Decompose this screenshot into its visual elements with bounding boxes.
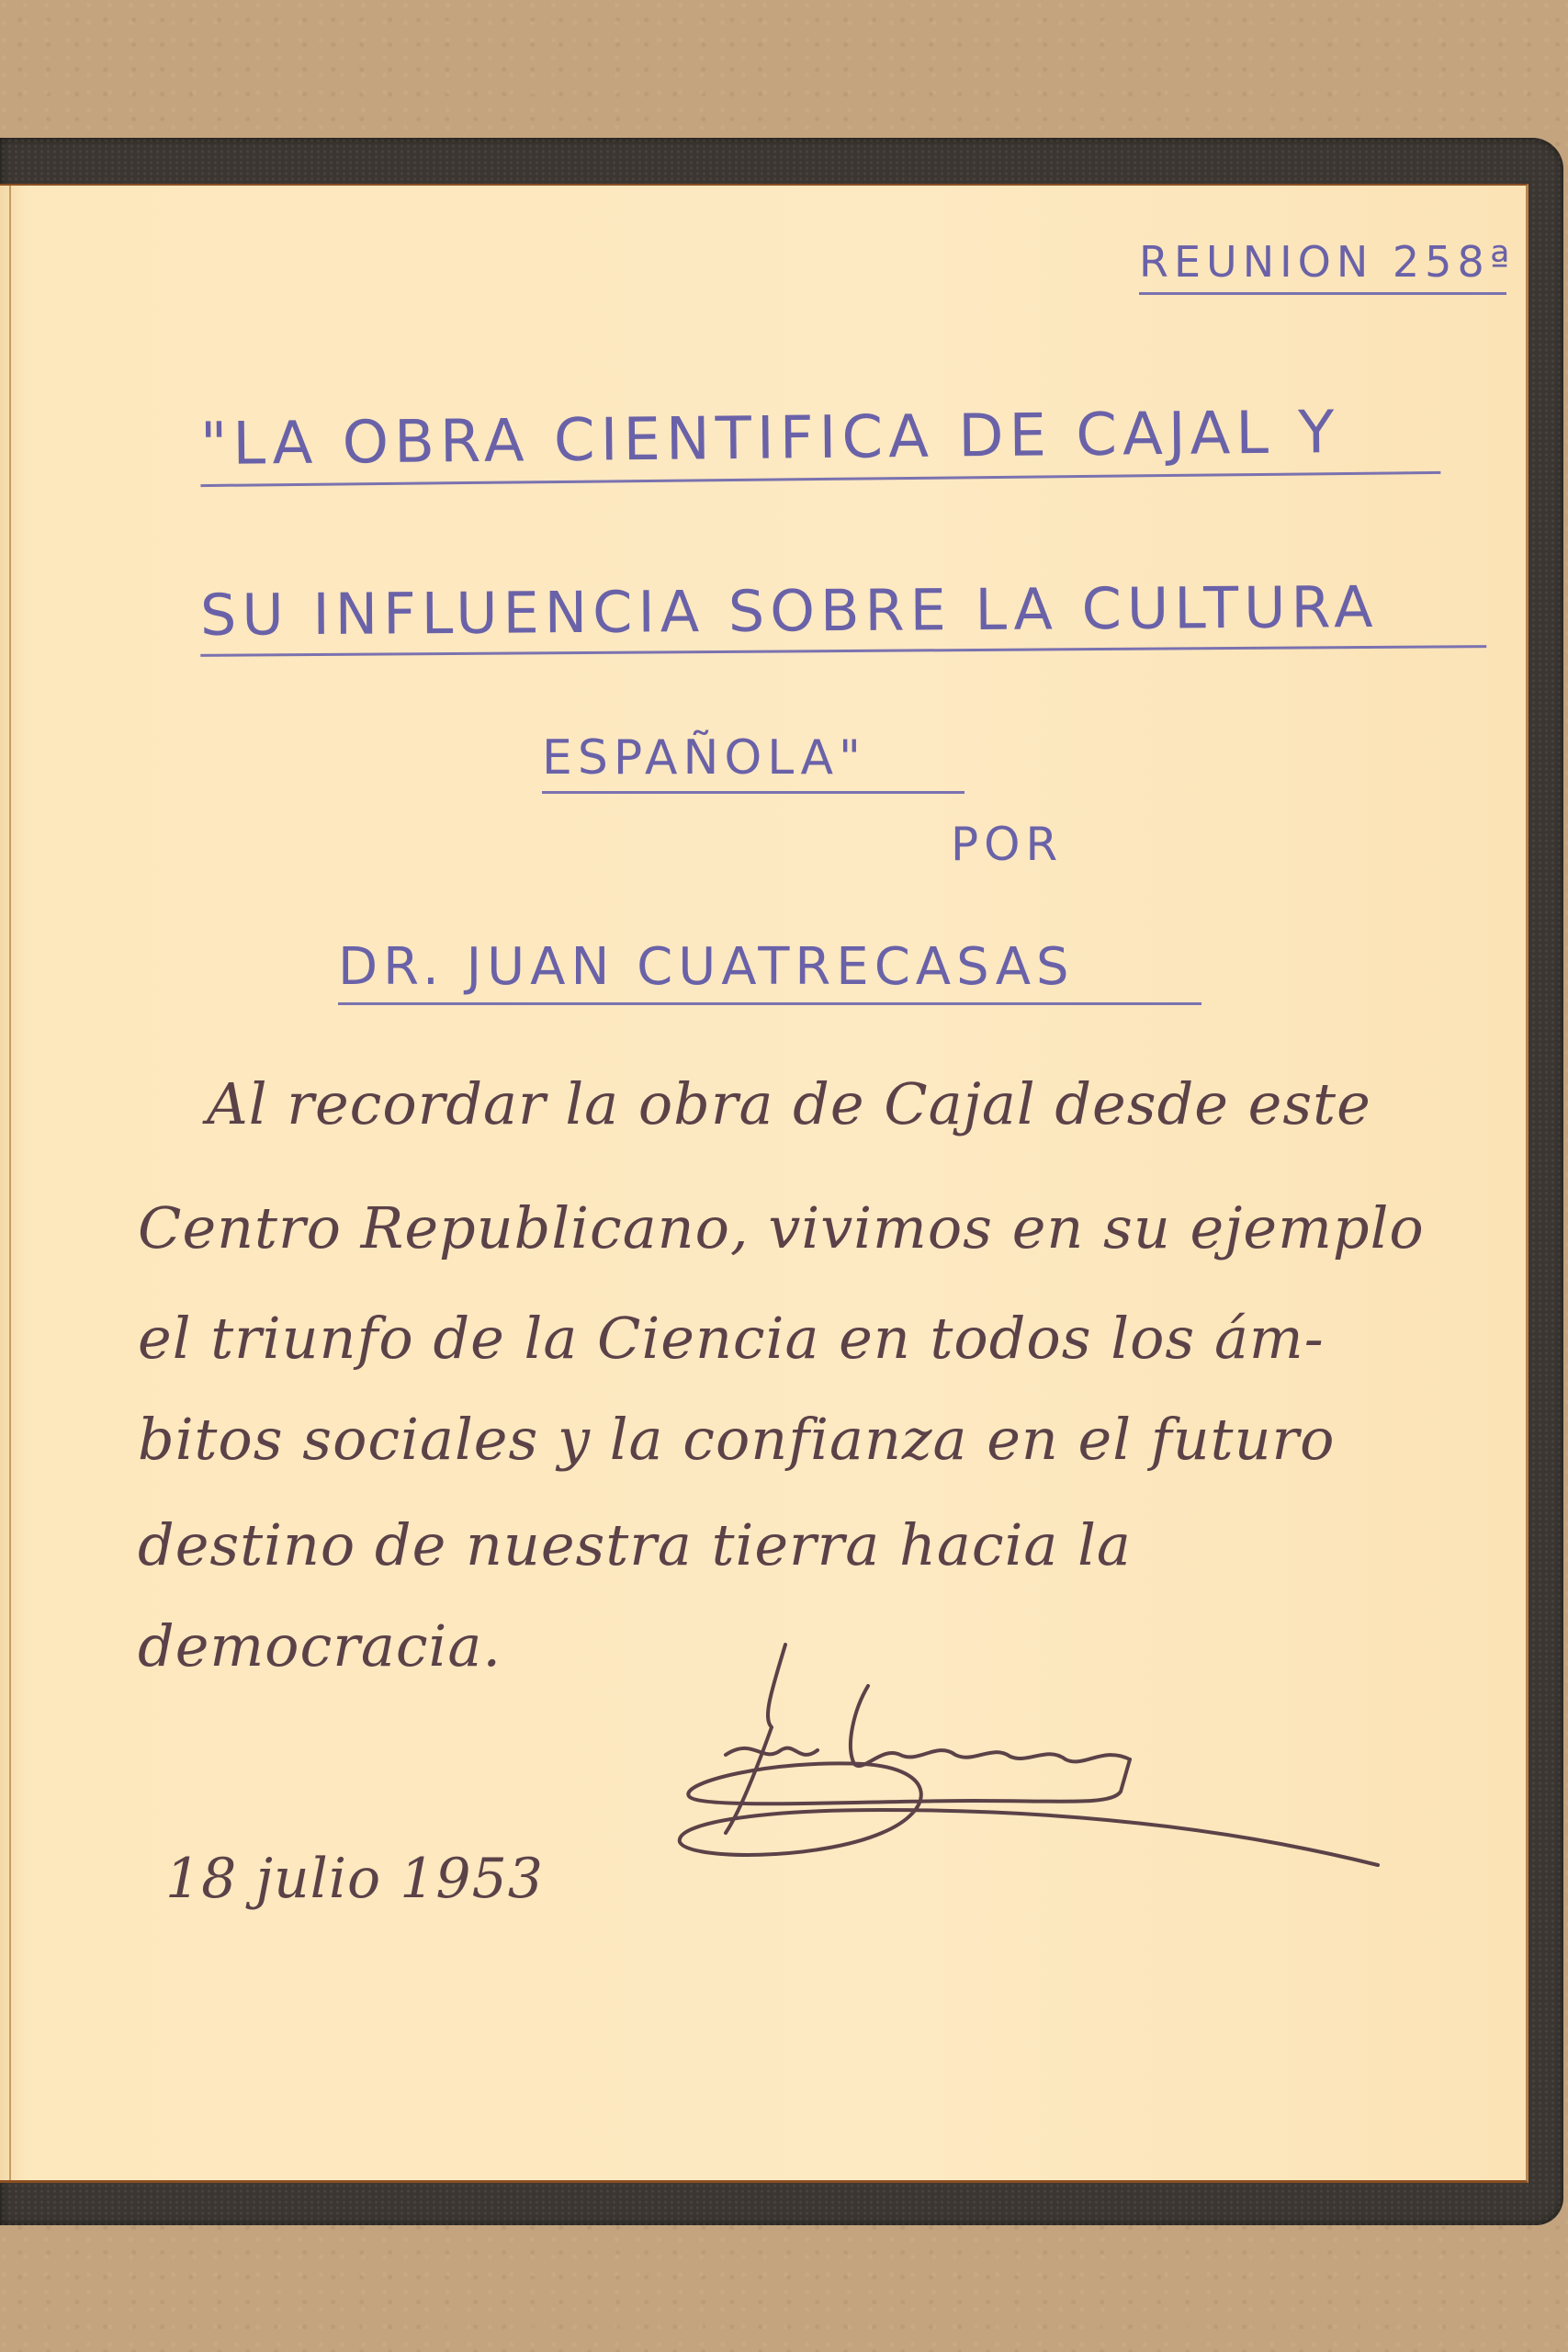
lecture-title-line-2: SU INFLUENCIA SOBRE LA CULTURA <box>200 572 1487 657</box>
body-text-line-5: destino de nuestra tierra hacia la <box>138 1511 1132 1578</box>
lecture-title-line-1: "LA OBRA CIENTIFICA DE CAJAL Y <box>200 398 1441 487</box>
author-name: DR. JUAN CUATRECASAS <box>338 937 1201 1005</box>
meeting-number-label: REUNION 258ª <box>1139 237 1506 295</box>
body-text-line-4: bitos sociales y la confianza en el futu… <box>138 1406 1335 1473</box>
by-label: POR <box>951 818 1063 871</box>
signature-flourish-icon <box>588 1635 1396 1874</box>
entry-date: 18 julio 1953 <box>165 1847 544 1911</box>
body-text-line-3: el triunfo de la Ciencia en todos los ám… <box>138 1305 1325 1372</box>
handwritten-signature: Juan Cuatrecasas <box>588 1635 1396 1874</box>
body-text-line-2: Centro Republicano, vivimos en su ejempl… <box>138 1194 1425 1261</box>
page-gutter-edge <box>9 186 11 2180</box>
body-text-line-1: Al recordar la obra de Cajal desde este <box>207 1070 1371 1137</box>
lecture-title-line-3: ESPAÑOLA" <box>542 730 964 794</box>
body-text-line-6: democracia. <box>138 1612 502 1679</box>
